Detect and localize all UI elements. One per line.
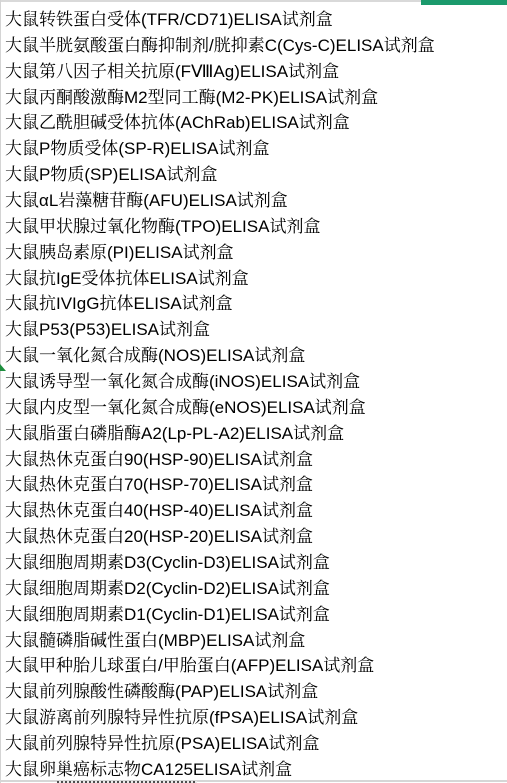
spreadsheet-cell[interactable]: 大鼠抗IVIgG抗体ELISA试剂盒 xyxy=(0,291,507,317)
spreadsheet-cell[interactable]: 大鼠细胞周期素D1(Cyclin-D1)ELISA试剂盒 xyxy=(0,602,507,628)
spreadsheet-cell[interactable]: 大鼠诱导型一氧化氮合成酶(iNOS)ELISA试剂盒 xyxy=(0,369,507,395)
green-filled-cell-sliver xyxy=(421,0,507,5)
spreadsheet-cell[interactable]: 大鼠卵巢癌标志物CA125ELISA试剂盒 xyxy=(0,757,507,783)
spreadsheet-cell[interactable]: 大鼠P物质受体(SP-R)ELISA试剂盒 xyxy=(0,136,507,162)
spreadsheet-cell[interactable]: 大鼠细胞周期素D2(Cyclin-D2)ELISA试剂盒 xyxy=(0,576,507,602)
spreadsheet-cell[interactable]: 大鼠P物质(SP)ELISA试剂盒 xyxy=(0,162,507,188)
spreadsheet-cell[interactable]: 大鼠甲状腺过氧化物酶(TPO)ELISA试剂盒 xyxy=(0,214,507,240)
spreadsheet-cell[interactable]: 大鼠乙酰胆碱受体抗体(AChRab)ELISA试剂盒 xyxy=(0,110,507,136)
spreadsheet-cell[interactable]: 大鼠抗IgE受体抗体ELISA试剂盒 xyxy=(0,266,507,292)
spreadsheet-cell[interactable]: 大鼠脂蛋白磷脂酶A2(Lp-PL-A2)ELISA试剂盒 xyxy=(0,421,507,447)
spreadsheet-cell[interactable]: 大鼠热休克蛋白20(HSP-20)ELISA试剂盒 xyxy=(0,524,507,550)
spreadsheet-cell[interactable]: 大鼠一氧化氮合成酶(NOS)ELISA试剂盒 xyxy=(0,343,507,369)
spreadsheet-cell[interactable]: 大鼠P53(P53)ELISA试剂盒 xyxy=(0,317,507,343)
spreadsheet-viewport: 大鼠转铁蛋白受体(TFR/CD71)ELISA试剂盒大鼠半胱氨酸蛋白酶抑制剂/胱… xyxy=(0,0,507,783)
spreadsheet-cell[interactable]: 大鼠前列腺酸性磷酸酶(PAP)ELISA试剂盒 xyxy=(0,679,507,705)
cell-column: 大鼠转铁蛋白受体(TFR/CD71)ELISA试剂盒大鼠半胱氨酸蛋白酶抑制剂/胱… xyxy=(0,7,507,783)
spreadsheet-cell[interactable]: 大鼠转铁蛋白受体(TFR/CD71)ELISA试剂盒 xyxy=(0,7,507,33)
spreadsheet-cell[interactable]: 大鼠热休克蛋白90(HSP-90)ELISA试剂盒 xyxy=(0,447,507,473)
spreadsheet-cell[interactable]: 大鼠细胞周期素D3(Cyclin-D3)ELISA试剂盒 xyxy=(0,550,507,576)
spreadsheet-cell[interactable]: 大鼠胰岛素原(PI)ELISA试剂盒 xyxy=(0,240,507,266)
spreadsheet-cell[interactable]: 大鼠内皮型一氧化氮合成酶(eNOS)ELISA试剂盒 xyxy=(0,395,507,421)
spreadsheet-cell[interactable]: 大鼠半胱氨酸蛋白酶抑制剂/胱抑素C(Cys-C)ELISA试剂盒 xyxy=(0,33,507,59)
spreadsheet-cell[interactable]: 大鼠髓磷脂碱性蛋白(MBP)ELISA试剂盒 xyxy=(0,628,507,654)
spreadsheet-cell[interactable]: 大鼠热休克蛋白70(HSP-70)ELISA试剂盒 xyxy=(0,472,507,498)
spreadsheet-cell[interactable]: 大鼠热休克蛋白40(HSP-40)ELISA试剂盒 xyxy=(0,498,507,524)
spreadsheet-cell[interactable]: 大鼠甲种胎儿球蛋白/甲胎蛋白(AFP)ELISA试剂盒 xyxy=(0,653,507,679)
spreadsheet-cell[interactable]: 大鼠第八因子相关抗原(FⅧAg)ELISA试剂盒 xyxy=(0,59,507,85)
row-border-top xyxy=(0,0,421,2)
spreadsheet-cell[interactable]: 大鼠前列腺特异性抗原(PSA)ELISA试剂盒 xyxy=(0,731,507,757)
spreadsheet-cell[interactable]: 大鼠游离前列腺特异性抗原(fPSA)ELISA试剂盒 xyxy=(0,705,507,731)
spreadsheet-cell[interactable]: 大鼠αL岩藻糖苷酶(AFU)ELISA试剂盒 xyxy=(0,188,507,214)
spreadsheet-cell[interactable]: 大鼠丙酮酸激酶M2型同工酶(M2-PK)ELISA试剂盒 xyxy=(0,85,507,111)
